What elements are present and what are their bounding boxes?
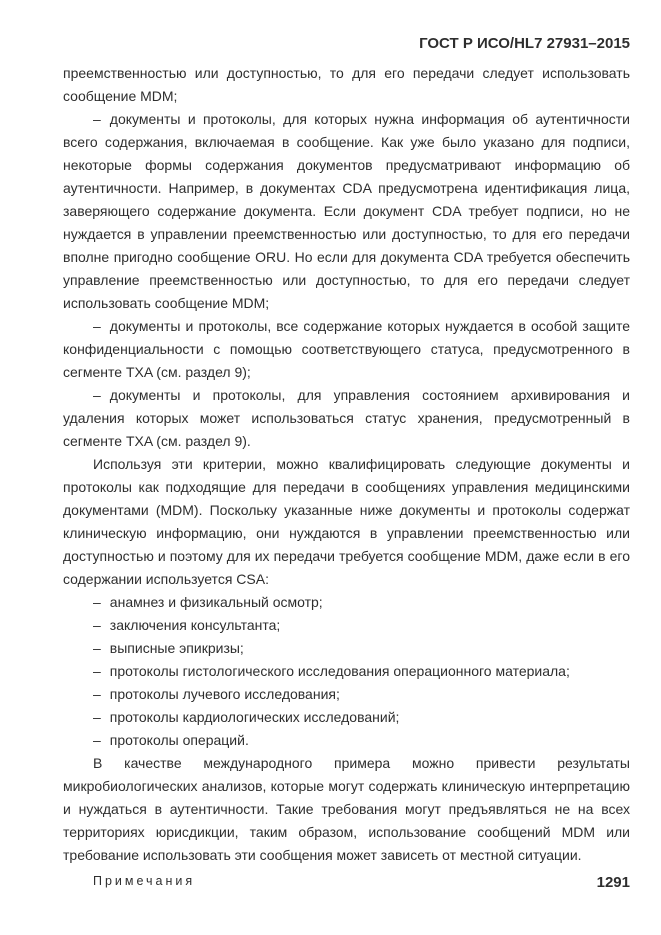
list-item: –анамнез и физикальный осмотр;	[63, 591, 630, 614]
bullet-item: –документы и протоколы, все содержание к…	[63, 315, 630, 384]
bullet-item: –документы и протоколы, для управления с…	[63, 384, 630, 453]
block-text: документы и протоколы, для которых нужна…	[63, 111, 630, 311]
list-item: –протоколы кардиологических исследований…	[63, 706, 630, 729]
dash-marker: –	[93, 318, 110, 334]
page-number: 1291	[63, 874, 630, 891]
block-text: протоколы лучевого исследования;	[110, 686, 340, 702]
block-text: анамнез и физикальный осмотр;	[110, 594, 323, 610]
text-column: ГОСТ Р ИСО/HL7 27931–2015 преемственност…	[63, 36, 630, 893]
block-text: протоколы кардиологических исследований;	[110, 709, 400, 725]
page: ГОСТ Р ИСО/HL7 27931–2015 преемственност…	[0, 0, 661, 935]
document-page: { "header": { "title": "ГОСТ Р ИСО/HL7 2…	[0, 0, 661, 935]
paragraph-continuation: преемственностью или доступностью, то дл…	[63, 62, 630, 108]
body-paragraph: В качестве международного примера можно …	[63, 752, 630, 867]
block-text: документы и протоколы, для управления со…	[63, 387, 630, 449]
block-text: Используя эти критерии, можно квалифицир…	[63, 456, 630, 587]
dash-marker: –	[93, 686, 110, 702]
block-text: протоколы операций.	[110, 732, 249, 748]
list-item: –протоколы гистологического исследования…	[63, 660, 630, 683]
dash-marker: –	[93, 111, 110, 127]
dash-marker: –	[93, 663, 110, 679]
list-item: –протоколы операций.	[63, 729, 630, 752]
dash-marker: –	[93, 387, 110, 403]
block-text: преемственностью или доступностью, то дл…	[63, 65, 630, 104]
list-item: –выписные эпикризы;	[63, 637, 630, 660]
block-text: протоколы гистологического исследования …	[110, 663, 570, 679]
bullet-item: –документы и протоколы, для которых нужн…	[63, 108, 630, 315]
running-header: ГОСТ Р ИСО/HL7 27931–2015	[63, 36, 630, 52]
dash-marker: –	[93, 709, 110, 725]
dash-marker: –	[93, 640, 110, 656]
block-text: выписные эпикризы;	[110, 640, 244, 656]
block-text: заключения консультанта;	[110, 617, 281, 633]
list-item: –протоколы лучевого исследования;	[63, 683, 630, 706]
dash-marker: –	[93, 617, 110, 633]
document-body: преемственностью или доступностью, то дл…	[63, 62, 630, 893]
block-text: В качестве международного примера можно …	[63, 755, 630, 863]
block-text: документы и протоколы, все содержание ко…	[63, 318, 630, 380]
dash-marker: –	[93, 732, 110, 748]
list-item: –заключения консультанта;	[63, 614, 630, 637]
body-paragraph: Используя эти критерии, можно квалифицир…	[63, 453, 630, 591]
dash-marker: –	[93, 594, 110, 610]
